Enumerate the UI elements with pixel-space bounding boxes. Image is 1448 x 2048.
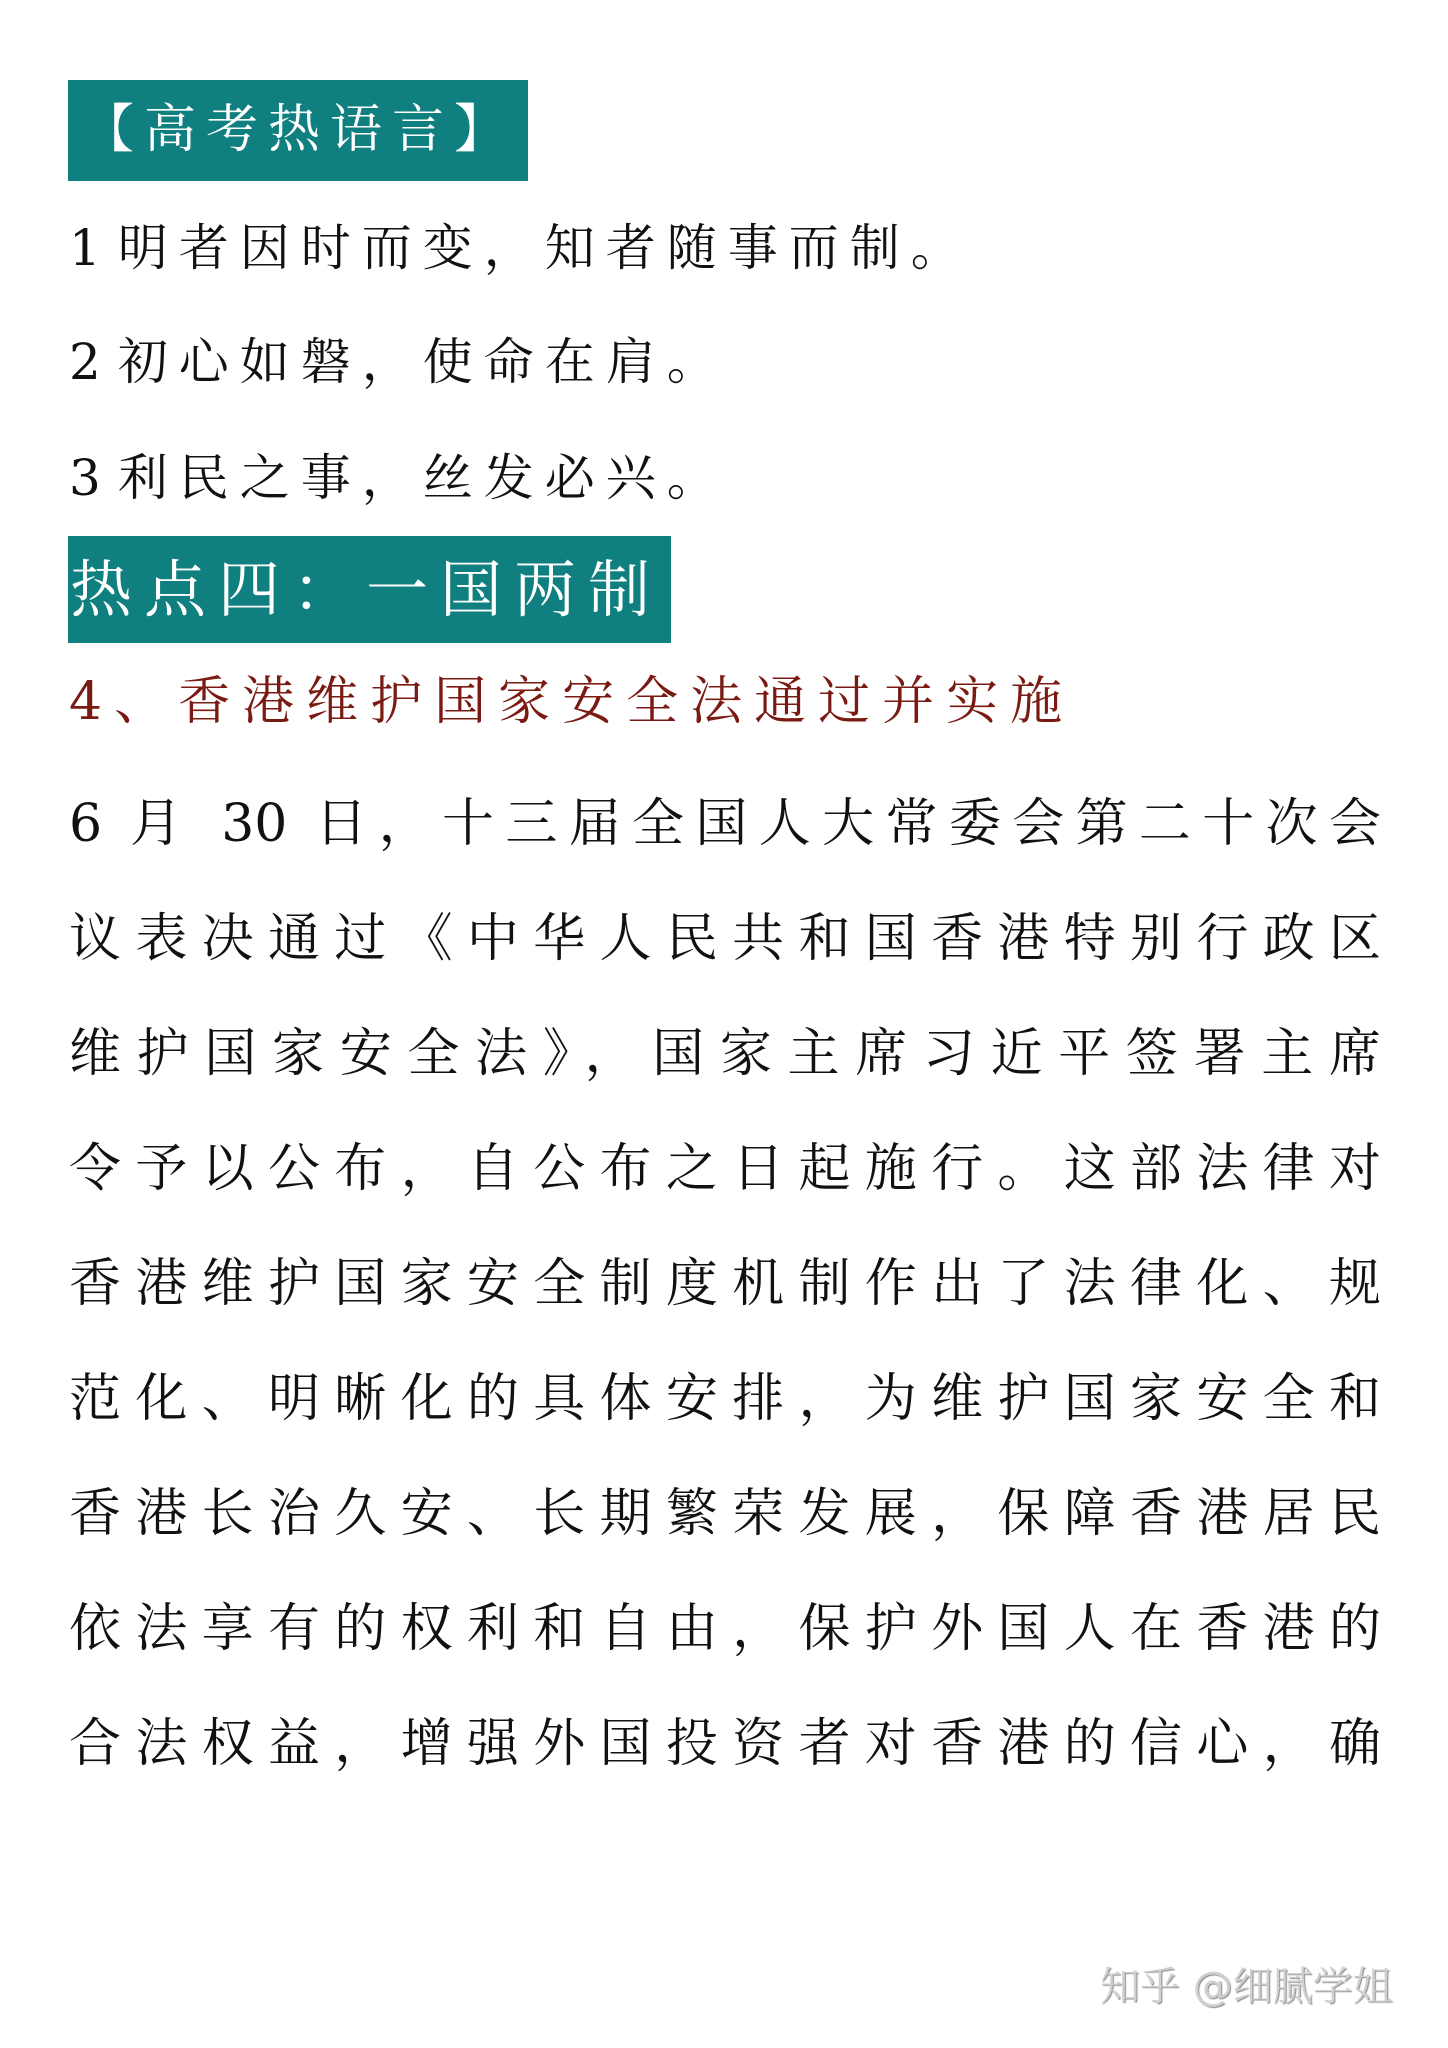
subheading: 4、香港维护国家安全法通过并实施 <box>69 672 1074 732</box>
quote-number: 3 <box>69 449 112 507</box>
paragraph-line: 合法权益，增强外国投资者对香港的信心，确 <box>69 1712 1381 1827</box>
section-tag-gaokao-phrases: 【高考热语言】 <box>68 80 528 181</box>
body-paragraph: 6 月 30 日，十三届全国人大常委会第二十次会 议表决通过《中华人民共和国香港… <box>69 792 1381 1827</box>
line-text: 范化、明晰化的具体安排，为维护国家安全和 <box>69 1367 1381 1431</box>
paragraph-line: 香港长治久安、长期繁荣发展，保障香港居民 <box>69 1482 1381 1597</box>
line-text: 香港维护国家安全制度机制作出了法律化、规 <box>69 1252 1381 1316</box>
paragraph-line: 依法享有的权利和自由，保护外国人在香港的 <box>69 1597 1381 1712</box>
paragraph-line: 范化、明晰化的具体安排，为维护国家安全和 <box>69 1367 1381 1482</box>
quote-item: 2初心如磐，使命在肩。 <box>69 332 728 392</box>
paragraph-line: 令予以公布，自公布之日起施行。这部法律对 <box>69 1137 1381 1252</box>
quote-item: 3利民之事，丝发必兴。 <box>69 448 728 508</box>
paragraph-line: 议表决通过《中华人民共和国香港特别行政区 <box>69 907 1381 1022</box>
quote-item: 1明者因时而变，知者随事而制。 <box>69 218 972 278</box>
paragraph-line: 维护国家安全法》，国家主席习近平签署主席 <box>69 1022 1381 1137</box>
line-text: 合法权益，增强外国投资者对香港的信心，确 <box>69 1712 1381 1776</box>
quote-text: 明者因时而变，知者随事而制。 <box>118 219 972 277</box>
quote-number: 1 <box>69 219 112 277</box>
section-tag-hotspot-four: 热点四：一国两制 <box>68 536 671 643</box>
line-text: 维护国家安全法》，国家主席习近平签署主席 <box>69 1022 1381 1086</box>
line-text: 6 月 30 日，十三届全国人大常委会第二十次会 <box>69 792 1381 856</box>
quote-text: 初心如磐，使命在肩。 <box>118 333 728 391</box>
paragraph-line: 6 月 30 日，十三届全国人大常委会第二十次会 <box>69 792 1381 907</box>
quote-number: 2 <box>69 333 112 391</box>
line-text: 议表决通过《中华人民共和国香港特别行政区 <box>69 907 1381 971</box>
quote-text: 利民之事，丝发必兴。 <box>118 449 728 507</box>
zhihu-watermark: 知乎 @细腻学姐 <box>1100 1962 1393 2012</box>
line-text: 令予以公布，自公布之日起施行。这部法律对 <box>69 1137 1381 1201</box>
line-text: 香港长治久安、长期繁荣发展，保障香港居民 <box>69 1482 1381 1546</box>
paragraph-line: 香港维护国家安全制度机制作出了法律化、规 <box>69 1252 1381 1367</box>
line-text: 依法享有的权利和自由，保护外国人在香港的 <box>69 1597 1381 1661</box>
